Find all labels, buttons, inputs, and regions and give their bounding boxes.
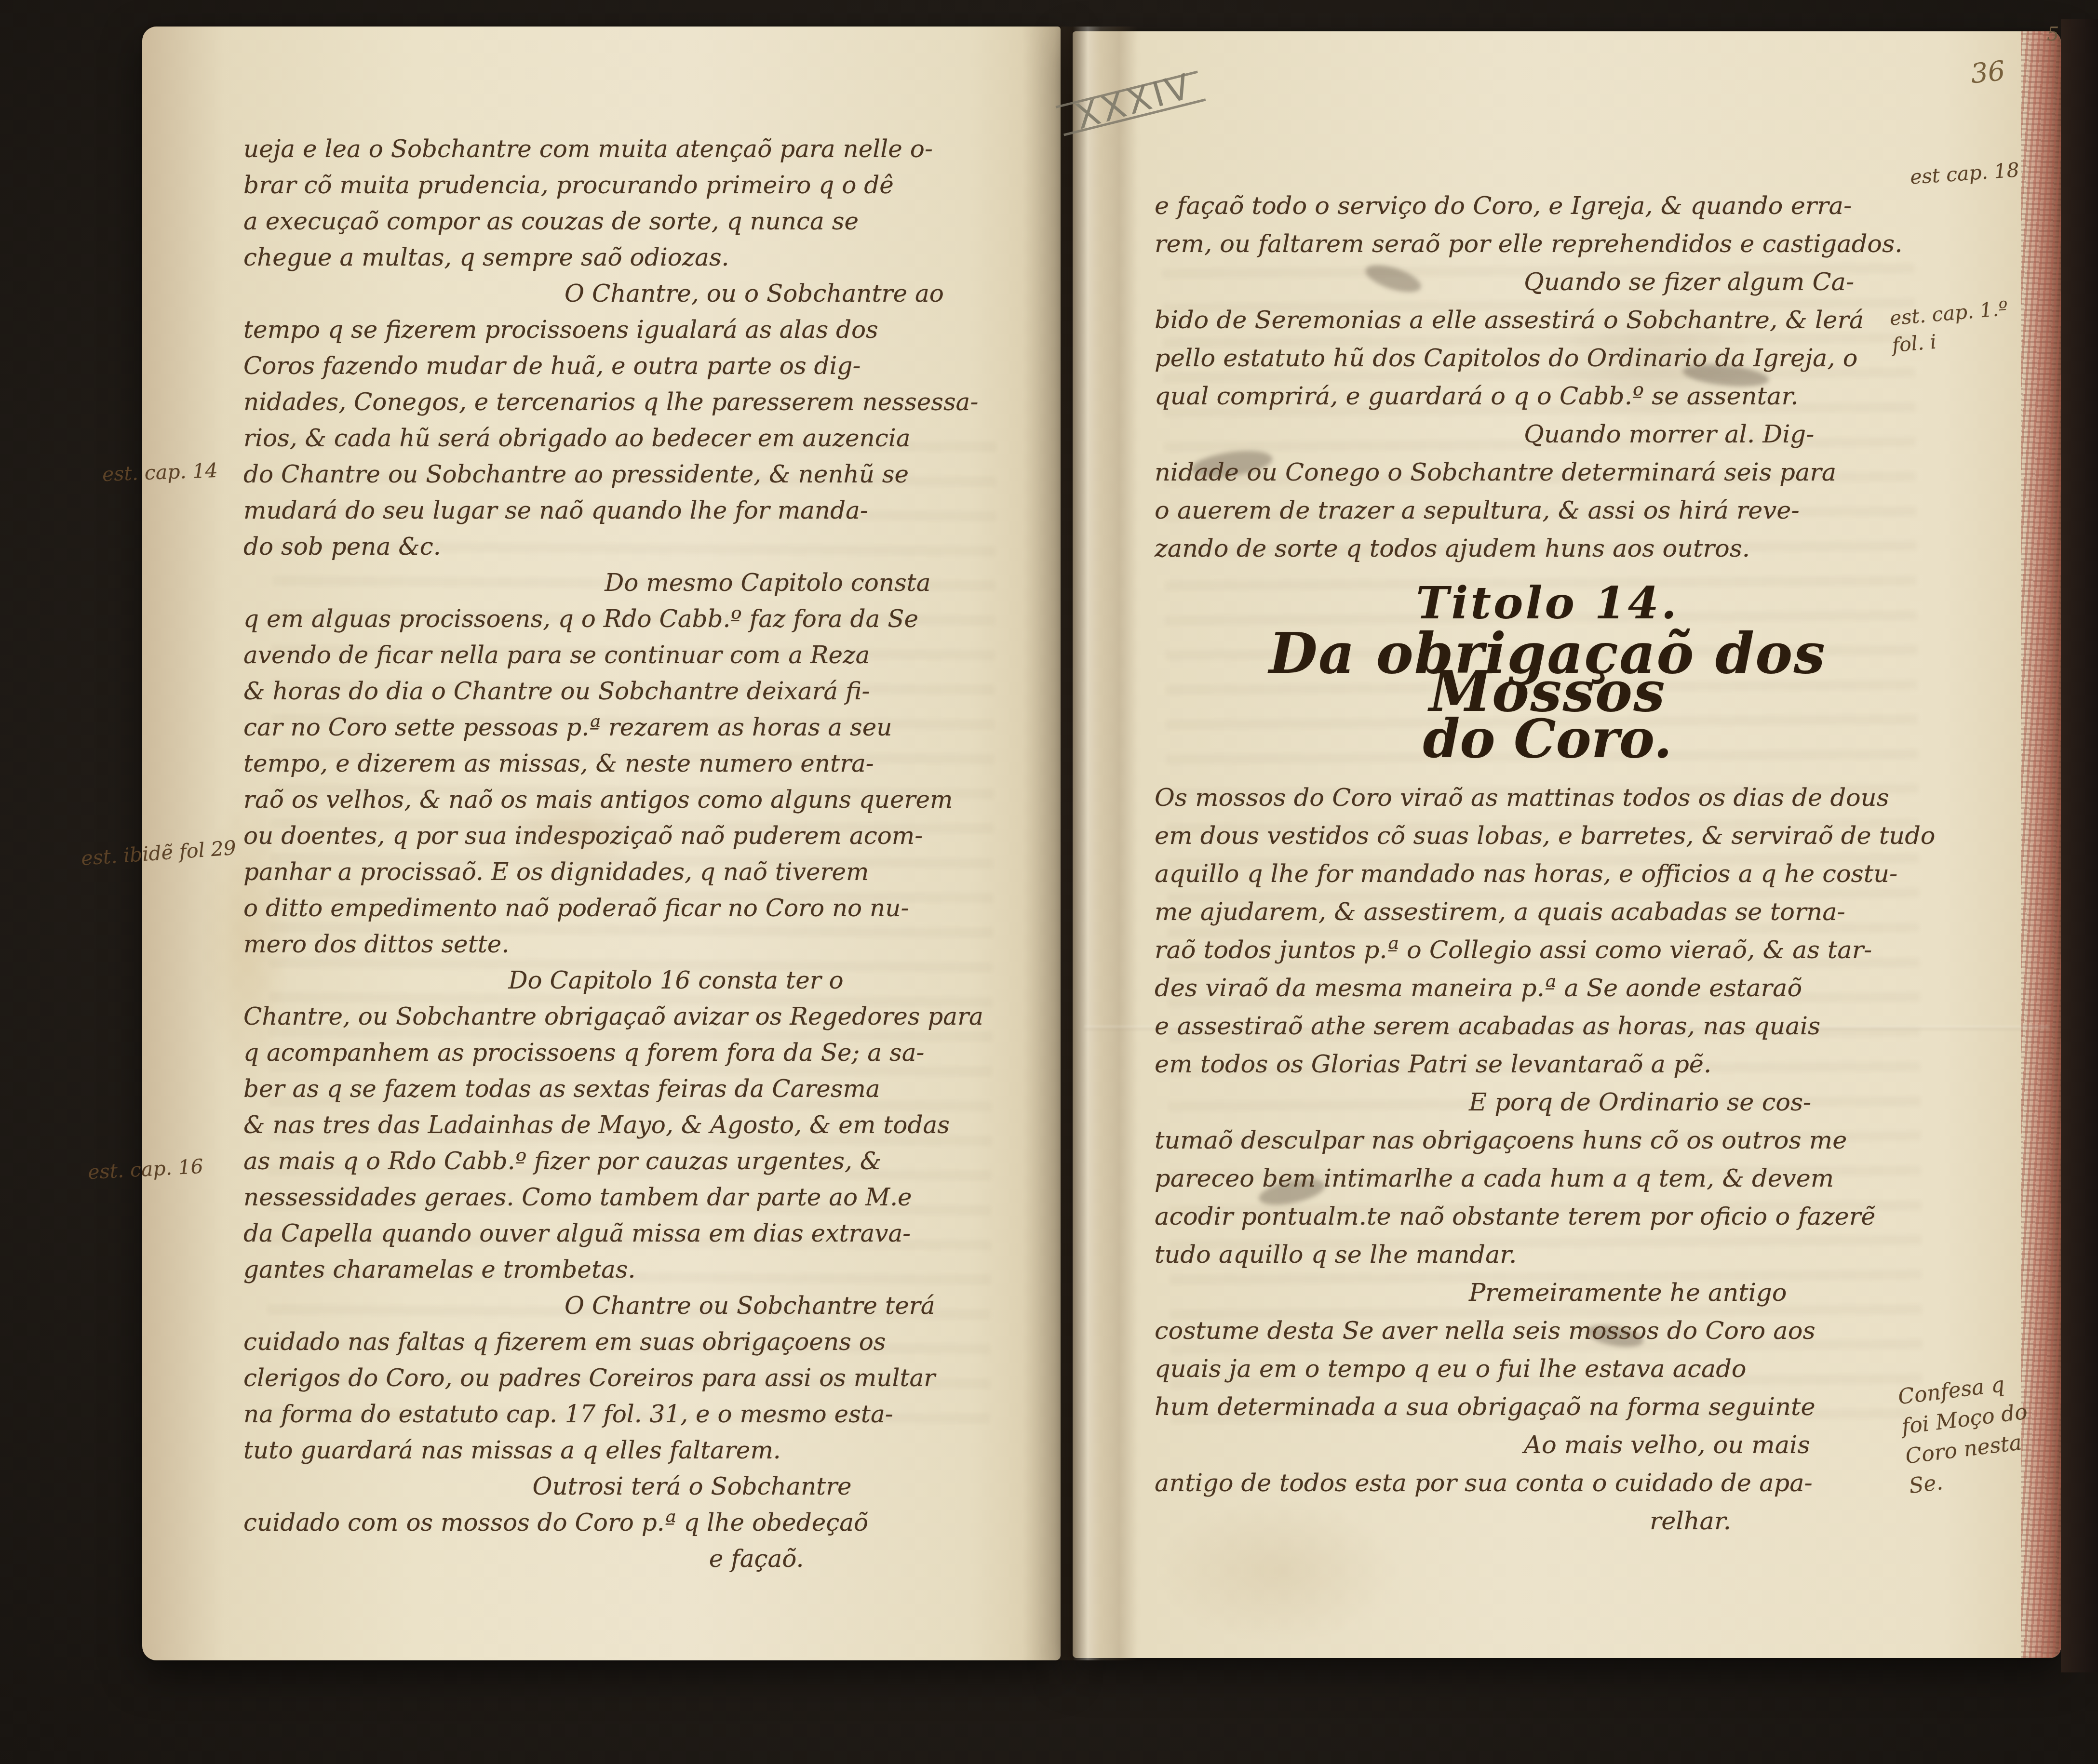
margin-note-est-cap-14: est. cap. 14 (102, 457, 218, 488)
manuscript-paragraph: Outrosi terá o Sobchantre cuidado com os… (243, 1469, 1046, 1541)
manuscript-paragraph: Quando se fizer algum Ca- bido de Seremo… (1155, 263, 1940, 415)
corner-mark: 5 (2047, 23, 2059, 45)
manuscript-photo: est. cap. 14 est. ibidẽ fol 29 est. cap.… (0, 0, 2098, 1764)
left-page-text-column: ueja e lea o Sobchantre com muita atença… (243, 131, 1046, 1577)
right-page-text-column: e façaõ todo o serviço do Coro, e Igreja… (1155, 187, 1940, 1540)
chapter-title-text-2: do Coro. (1155, 720, 1940, 758)
manuscript-paragraph: E porq de Ordinario se cos- tumaõ descul… (1155, 1083, 1940, 1274)
manuscript-paragraph: Do Capitolo 16 consta ter o Chantre, ou … (243, 962, 1046, 1288)
paragraph-closing-word: e façaõ. (709, 1541, 1046, 1577)
manuscript-paragraph: Os mossos do Coro viraõ as mattinas todo… (1155, 779, 1940, 1083)
book-cover-edge (2061, 19, 2098, 1672)
manuscript-paragraph: Quando morrer al. Dig- nidade ou Conego … (1155, 415, 1940, 568)
manuscript-paragraph: ueja e lea o Sobchantre com muita atença… (243, 131, 1046, 276)
manuscript-paragraph: Ao mais velho, ou mais antigo de todos e… (1155, 1426, 1940, 1502)
manuscript-paragraph: e façaõ todo o serviço do Coro, e Igreja… (1155, 187, 1940, 263)
manuscript-paragraph: O Chantre ou Sobchantre terá cuidado nas… (243, 1288, 1046, 1469)
paragraph-closing-word: relhar. (1650, 1502, 1940, 1540)
manuscript-paragraph: O Chantre, ou o Sobchantre ao tempo q se… (243, 276, 1046, 565)
chapter-title: Titolo 14. Da obrigaçaõ dos Mossos do Co… (1155, 584, 1940, 758)
manuscript-paragraph: Do mesmo Capitolo consta q em alguas pro… (243, 565, 1046, 962)
chapter-title-number: Titolo 14. (1155, 584, 1940, 622)
manuscript-paragraph: Premeiramente he antigo costume desta Se… (1155, 1274, 1940, 1426)
folio-number: 36 (1969, 55, 2007, 90)
chapter-title-text: Da obrigaçaõ dos Mossos (1155, 635, 1940, 711)
